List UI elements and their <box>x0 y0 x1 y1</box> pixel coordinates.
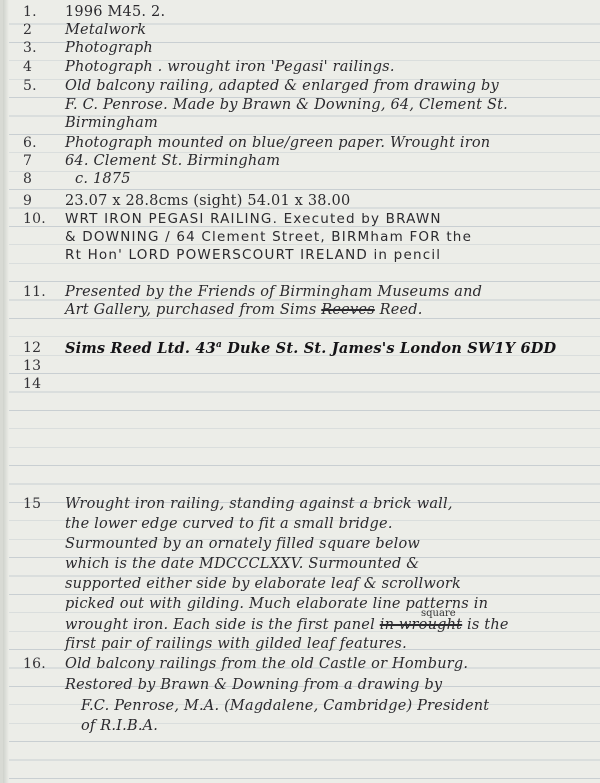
entry-15-line-7: wrought iron. Each side is the first pan… <box>3 617 594 635</box>
entry-number: 13 <box>23 358 57 374</box>
entry-number: 14 <box>23 376 57 392</box>
entry-number: 16. <box>23 656 57 672</box>
entry-15-line-3: Surmounted by an ornately filled square … <box>3 536 594 554</box>
entry-16-line-4: of R.I.B.A. <box>3 718 594 736</box>
entry-2: 2 Metalwork <box>3 22 594 40</box>
entry-15-line-1: 15 Wrought iron railing, standing agains… <box>3 496 594 514</box>
entry-1: 1. 1996 M45. 2. <box>3 4 594 22</box>
inscription-text: & DOWNING / 64 Clement Street, BIRMham F… <box>65 229 472 245</box>
description-text-end: is the <box>467 617 509 633</box>
entry-number: 4 <box>23 59 57 75</box>
entry-5-line-2: F. C. Penrose. Made by Brawn & Downing, … <box>3 97 594 115</box>
dealer-address-part: Sims Reed Ltd. 43 <box>65 340 216 357</box>
superscript: a <box>216 340 222 350</box>
catalogue-sheet: 1. 1996 M45. 2. 2 Metalwork 3. Photograp… <box>0 0 600 783</box>
entry-15-line-2: the lower edge curved to fit a small bri… <box>3 516 594 534</box>
entry-15-line-8: first pair of railings with gilded leaf … <box>3 636 594 654</box>
description-text: first pair of railings with gilded leaf … <box>65 636 407 652</box>
entry-8: 8 c. 1875 <box>3 171 594 189</box>
entry-12: 12 Sims Reed Ltd. 43a Duke St. St. James… <box>3 340 594 358</box>
entry-number: 10. <box>23 211 57 227</box>
history-text: of R.I.B.A. <box>81 718 158 734</box>
entry-4: 4 Photograph . wrought iron 'Pegasi' rai… <box>3 59 594 77</box>
description-text: Old balcony railing, adapted & enlarged … <box>65 78 499 94</box>
dimensions-text: 23.07 x 28.8cms (sight) 54.01 x 38.00 <box>65 193 350 209</box>
date-text: c. 1875 <box>75 171 131 187</box>
entry-number: 1. <box>23 4 57 20</box>
struck-out-word: in wrought <box>380 617 462 633</box>
history-text: Restored by Brawn & Downing from a drawi… <box>65 677 442 693</box>
inscription-text: WRT IRON PEGASI RAILING. Executed by BRA… <box>65 211 442 227</box>
entry-16-line-3: F.C. Penrose, M.A. (Magdalene, Cambridge… <box>3 698 594 716</box>
provenance-text-end: Reed. <box>380 302 423 318</box>
entry-10-line-1: 10. WRT IRON PEGASI RAILING. Executed by… <box>3 211 594 229</box>
entry-15-line-4: which is the date MDCCCLXXV. Surmounted … <box>3 556 594 574</box>
entry-number: 3. <box>23 40 57 56</box>
dealer-address: Sims Reed Ltd. 43a Duke St. St. James's … <box>65 340 556 357</box>
history-text: F.C. Penrose, M.A. (Magdalene, Cambridge… <box>81 698 489 714</box>
description-text-main: wrought iron. Each side is the first pan… <box>65 617 375 633</box>
entry-number: 2 <box>23 22 57 38</box>
entry-number: 9 <box>23 193 57 209</box>
entry-16-line-2: Restored by Brawn & Downing from a drawi… <box>3 677 594 695</box>
history-text: Old balcony railings from the old Castle… <box>65 656 468 672</box>
object-type: Photograph <box>65 40 153 56</box>
dealer-address-part: Duke St. St. James's London SW1Y 6DD <box>227 340 556 357</box>
description-text: which is the date MDCCCLXXV. Surmounted … <box>65 556 419 572</box>
description-text: F. C. Penrose. Made by Brawn & Downing, … <box>65 97 508 113</box>
entry-number: 7 <box>23 153 57 169</box>
entry-11-line-2: Art Gallery, purchased from Sims Reeves … <box>3 302 594 320</box>
description-text: wrought iron. Each side is the first pan… <box>65 617 509 633</box>
maker-address: 64. Clement St. Birmingham <box>65 153 280 169</box>
description-text: Surmounted by an ornately filled square … <box>65 536 420 552</box>
entry-6: 6. Photograph mounted on blue/green pape… <box>3 135 594 153</box>
entry-5-line-3: Birmingham <box>3 115 594 133</box>
object-title: Photograph . wrought iron 'Pegasi' raili… <box>65 59 395 75</box>
entry-15-line-5: supported either side by elaborate leaf … <box>3 576 594 594</box>
entry-16-line-1: 16. Old balcony railings from the old Ca… <box>3 656 594 674</box>
entry-number: 15 <box>23 496 57 512</box>
accession-number: 1996 M45. 2. <box>65 4 165 20</box>
entry-number: 12 <box>23 340 57 356</box>
description-text: supported either side by elaborate leaf … <box>65 576 461 592</box>
provenance-text: Presented by the Friends of Birmingham M… <box>65 284 482 300</box>
inscription-text: Rt Hon' LORD POWERSCOURT IRELAND in penc… <box>65 247 441 263</box>
entry-9: 9 23.07 x 28.8cms (sight) 54.01 x 38.00 <box>3 193 594 211</box>
entry-number: 6. <box>23 135 57 151</box>
description-text: Birmingham <box>65 115 158 131</box>
entry-14: 14 <box>3 376 594 394</box>
struck-out-word: Reeves <box>321 302 375 318</box>
entry-7: 7 64. Clement St. Birmingham <box>3 153 594 171</box>
entry-10-line-3: Rt Hon' LORD POWERSCOURT IRELAND in penc… <box>3 247 594 265</box>
entry-13: 13 <box>3 358 594 376</box>
entry-11-line-1: 11. Presented by the Friends of Birmingh… <box>3 284 594 302</box>
description-text: Wrought iron railing, standing against a… <box>65 496 453 512</box>
department: Metalwork <box>65 22 146 38</box>
description-text: the lower edge curved to fit a small bri… <box>65 516 393 532</box>
entry-number: 5. <box>23 78 57 94</box>
entry-15-line-6: picked out with gilding. Much elaborate … <box>3 596 594 614</box>
entry-10-line-2: & DOWNING / 64 Clement Street, BIRMham F… <box>3 229 594 247</box>
entry-number: 11. <box>23 284 57 300</box>
entry-3: 3. Photograph <box>3 40 594 58</box>
provenance-text: Art Gallery, purchased from Sims Reeves … <box>65 302 423 318</box>
medium-text: Photograph mounted on blue/green paper. … <box>65 135 490 151</box>
entry-number: 8 <box>23 171 57 187</box>
provenance-text-main: Art Gallery, purchased from Sims <box>65 302 316 318</box>
entry-5-line-1: 5. Old balcony railing, adapted & enlarg… <box>3 78 594 96</box>
